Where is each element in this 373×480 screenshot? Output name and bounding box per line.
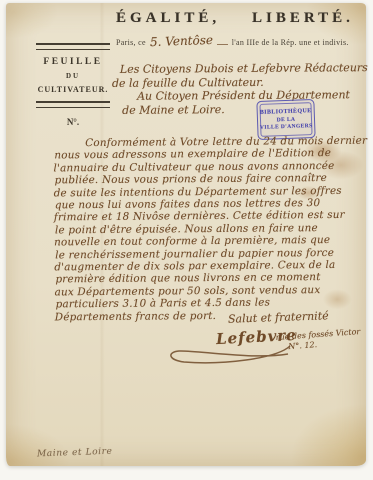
handwritten-date: 5. Ventôse	[150, 33, 213, 49]
stamp-line-ville-angers: VILLE D'ANGERS	[260, 123, 313, 131]
dateline: Paris, ce 5. Ventôse l'an IIIe de la Rép…	[116, 34, 349, 48]
body-paragraph: Conformément à Votre lettre du 24 du moi…	[53, 135, 371, 324]
scanned-document-page: { "document": { "header": { "egalite": "…	[0, 0, 373, 480]
masthead-numero: N°.	[36, 117, 110, 127]
dateline-printed-suffix: l'an IIIe de la Rép. une et indivis.	[232, 38, 349, 47]
header-egalite: ÉGALITÉ,	[116, 10, 220, 27]
stamp-line-de-la: DE LA	[277, 116, 296, 123]
bottom-annotation: Maine et Loire	[37, 447, 113, 460]
address-line: Au Citoyen Président du Département	[112, 88, 370, 103]
masthead-top-rule	[36, 43, 110, 50]
library-stamp: BIBLIOTHÈQUE DE LA VILLE D'ANGERS	[256, 99, 315, 140]
address-line: Les Citoyens Dubois et Lefebvre Rédacteu…	[112, 61, 370, 76]
masthead-box: FEUILLE DU CULTIVATEUR. N°.	[36, 43, 110, 127]
stamp-line-bibliotheque: BIBLIOTHÈQUE	[260, 108, 312, 116]
dateline-printed-prefix: Paris, ce	[116, 38, 146, 47]
masthead-title-cultivateur: CULTIVATEUR.	[36, 85, 110, 94]
masthead-title-du: DU	[36, 72, 110, 80]
dateline-blank-rule	[217, 36, 228, 45]
signature-flourish-swash	[164, 339, 294, 367]
address-block: Les Citoyens Dubois et Lefebvre Rédacteu…	[112, 61, 370, 117]
masthead-bottom-rule	[36, 101, 110, 108]
closing-salutation: Salut et fraternité	[228, 309, 329, 326]
header-liberte: LIBERTÉ.	[252, 10, 354, 27]
address-line: de Maine et Loire.	[112, 102, 370, 117]
document-paper: ÉGALITÉ, LIBERTÉ. Paris, ce 5. Ventôse l…	[6, 3, 366, 466]
masthead-title-feuille: FEUILLE	[36, 57, 110, 67]
